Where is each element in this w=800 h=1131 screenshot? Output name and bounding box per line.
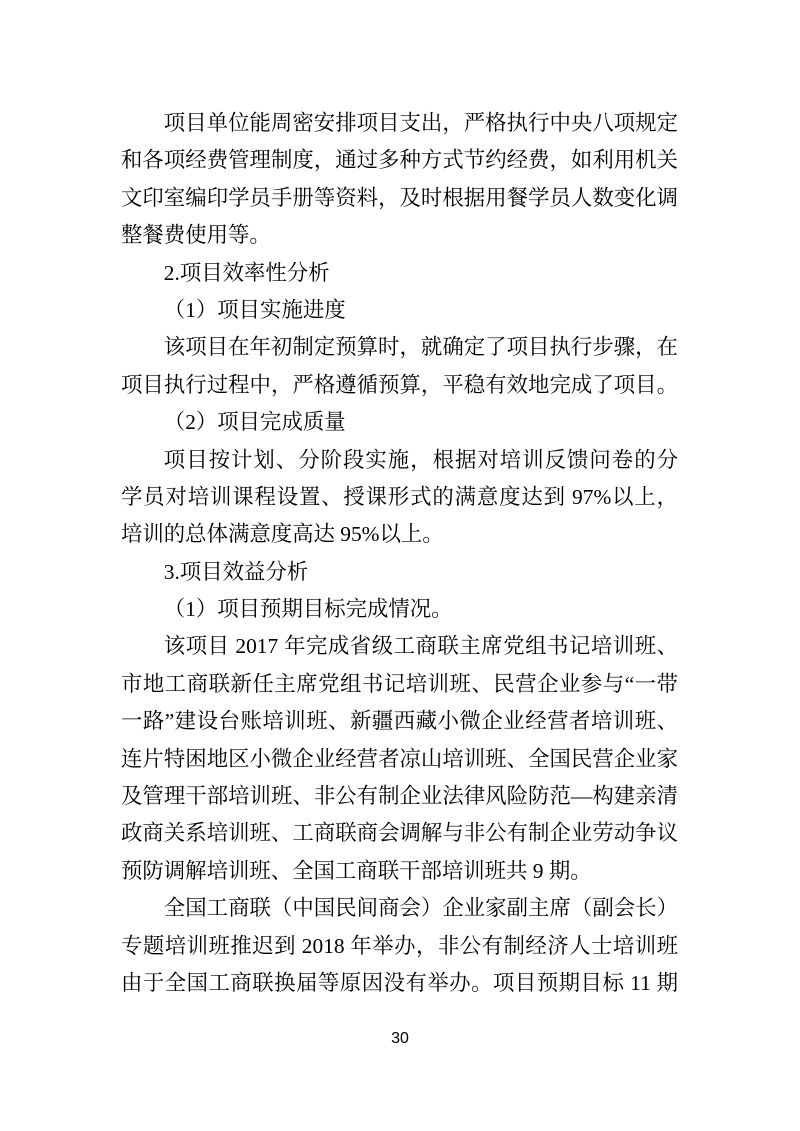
text-line: （1）项目预期目标完成情况。 [121,591,678,628]
document-text-block: 项目单位能周密安排项目支出，严格执行中央八项规定和各项经费管理制度，通过多种方式… [121,105,678,1002]
text-line: 学员对培训课程设置、授课形式的满意度达到 97%以上，对 [121,479,678,516]
document-page: 项目单位能周密安排项目支出，严格执行中央八项规定和各项经费管理制度，通过多种方式… [0,0,800,1131]
text-line: 连片特困地区小微企业经营者凉山培训班、全国民营企业家 [121,741,678,778]
text-line: 2.项目效率性分析 [121,255,678,292]
text-line: 培训的总体满意度高达 95%以上。 [121,516,678,553]
text-line: （2）项目完成质量 [121,404,678,441]
text-line: 全国工商联（中国民间商会）企业家副主席（副会长） [121,890,678,927]
text-line: 项目执行过程中，严格遵循预算，平稳有效地完成了项目。 [121,367,678,404]
text-line: 政商关系培训班、工商联商会调解与非公有制企业劳动争议 [121,815,678,852]
text-line: 预防调解培训班、全国工商联干部培训班共 9 期。 [121,853,678,890]
text-line: 由于全国工商联换届等原因没有举办。项目预期目标 11 期 [121,965,678,1002]
text-line: 项目按计划、分阶段实施，根据对培训反馈问卷的分析， [121,442,678,479]
text-line: 整餐费使用等。 [121,217,678,254]
text-line: （1）项目实施进度 [121,292,678,329]
text-line: 该项目在年初制定预算时，就确定了项目执行步骤，在 [121,329,678,366]
page-number: 30 [0,1029,800,1048]
text-line: 该项目 2017 年完成省级工商联主席党组书记培训班、 [121,628,678,665]
text-line: 专题培训班推迟到 2018 年举办，非公有制经济人士培训班 [121,928,678,965]
text-line: 项目单位能周密安排项目支出，严格执行中央八项规定 [121,105,678,142]
text-line: 及管理干部培训班、非公有制企业法律风险防范—构建亲清 [121,778,678,815]
text-line: 和各项经费管理制度，通过多种方式节约经费，如利用机关 [121,142,678,179]
text-line: 文印室编印学员手册等资料，及时根据用餐学员人数变化调 [121,180,678,217]
text-line: 3.项目效益分析 [121,554,678,591]
text-line: 一路”建设台账培训班、新疆西藏小微企业经营者培训班、 [121,703,678,740]
text-line: 市地工商联新任主席党组书记培训班、民营企业参与“一带 [121,666,678,703]
